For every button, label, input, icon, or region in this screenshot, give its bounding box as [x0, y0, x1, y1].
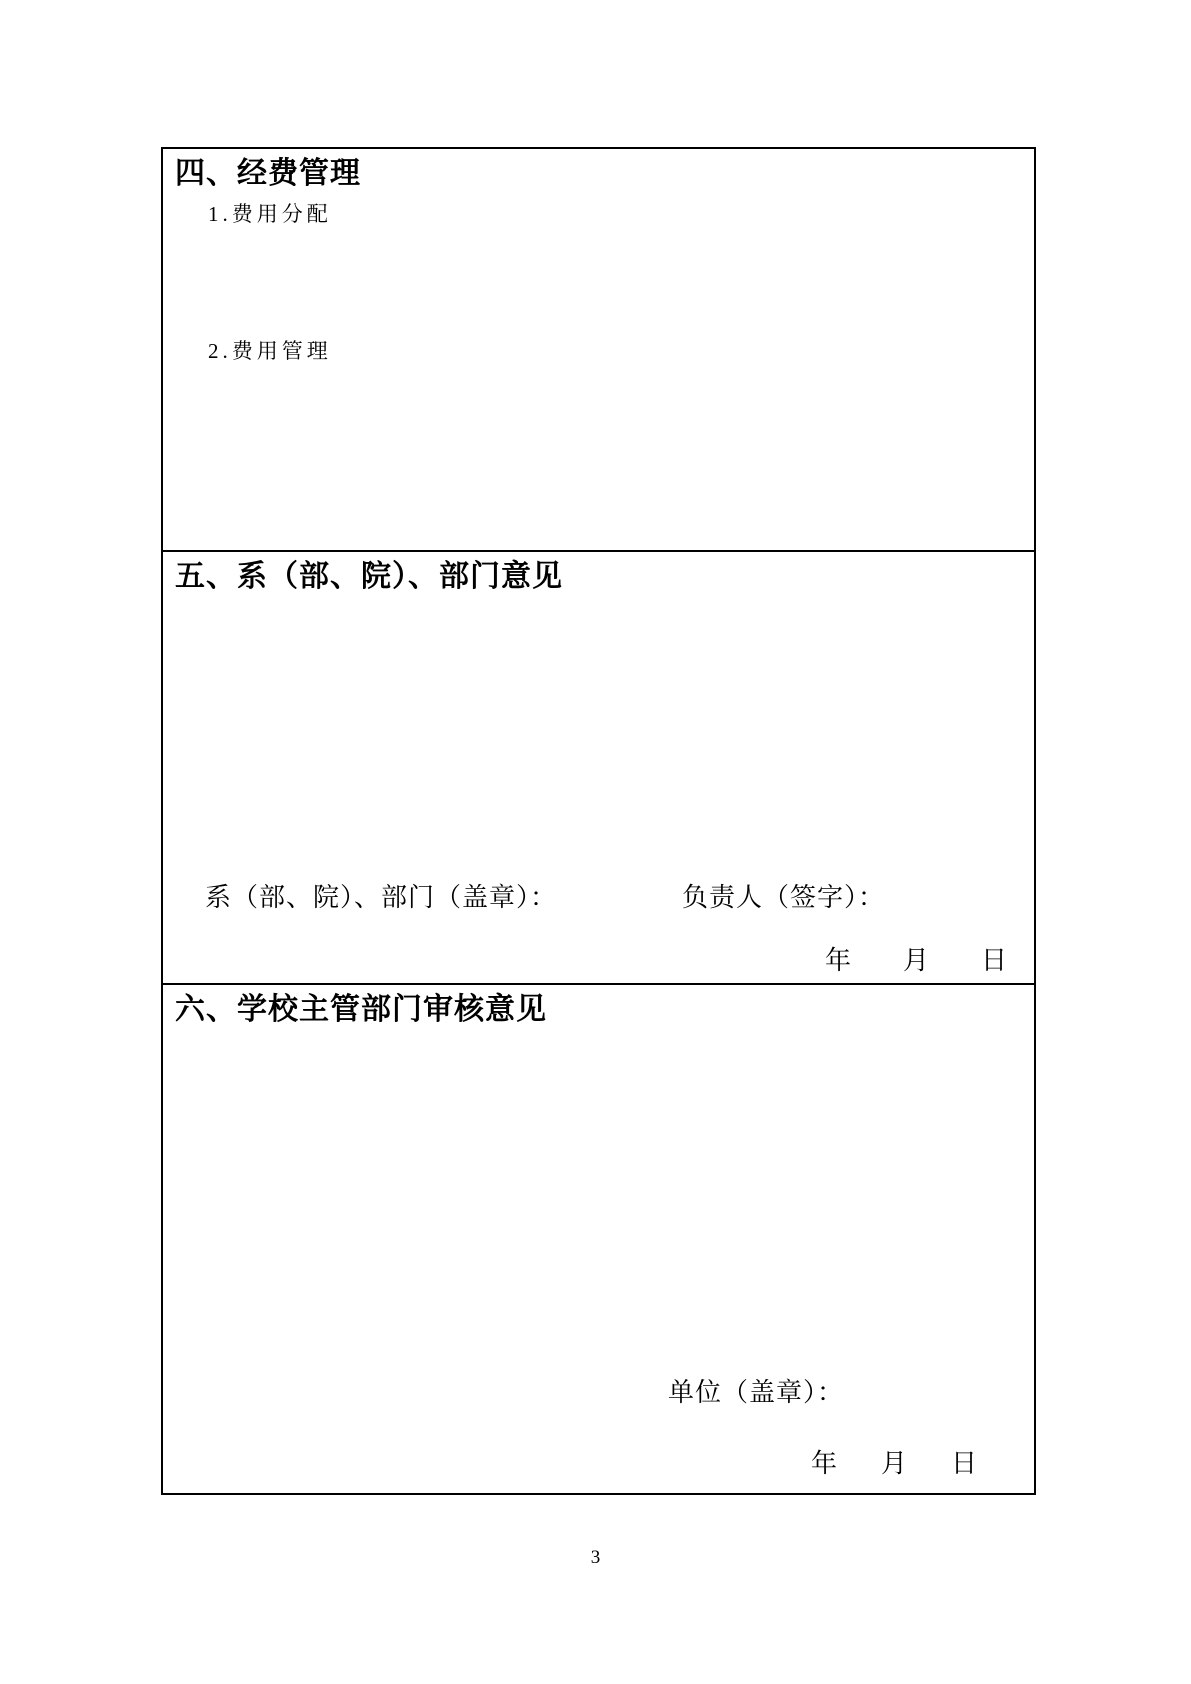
department-opinion-date-line: 年 月 日: [825, 948, 1007, 974]
section-department-opinion: 五、系（部、院）、部门意见 系（部、院）、部门（盖章）： 负责人（签字）： 年 …: [163, 552, 1034, 985]
date-year-label: 年: [811, 1451, 837, 1477]
section-school-review-opinion: 六、学校主管部门审核意见 单位（盖章）： 年 月 日: [163, 985, 1034, 1493]
section-department-opinion-title: 五、系（部、院）、部门意见: [175, 562, 563, 592]
school-review-date-line: 年 月 日: [811, 1451, 977, 1477]
date-day-label: 日: [951, 1451, 977, 1477]
section-school-review-title: 六、学校主管部门审核意见: [175, 995, 547, 1025]
approval-form-table: 四、经费管理 1.费用分配 2.费用管理 五、系（部、院）、部门意见 系（部、院…: [161, 147, 1036, 1495]
date-year-label: 年: [825, 948, 851, 974]
responsible-person-signature-label: 负责人（签字）：: [682, 882, 885, 915]
department-stamp-label: 系（部、院）、部门（盖章）：: [205, 882, 557, 915]
unit-stamp-label: 单位（盖章）：: [668, 1377, 844, 1410]
date-month-label: 月: [903, 948, 929, 974]
document-page: 四、经费管理 1.费用分配 2.费用管理 五、系（部、院）、部门意见 系（部、院…: [0, 0, 1191, 1684]
budget-item-cost-management: 2.费用管理: [208, 341, 332, 362]
section-budget-management-title: 四、经费管理: [175, 159, 361, 189]
budget-item-cost-allocation: 1.费用分配: [208, 204, 332, 225]
page-number: 3: [0, 1548, 1191, 1567]
date-month-label: 月: [881, 1451, 907, 1477]
section-budget-management: 四、经费管理 1.费用分配 2.费用管理: [163, 149, 1034, 552]
date-day-label: 日: [981, 948, 1007, 974]
